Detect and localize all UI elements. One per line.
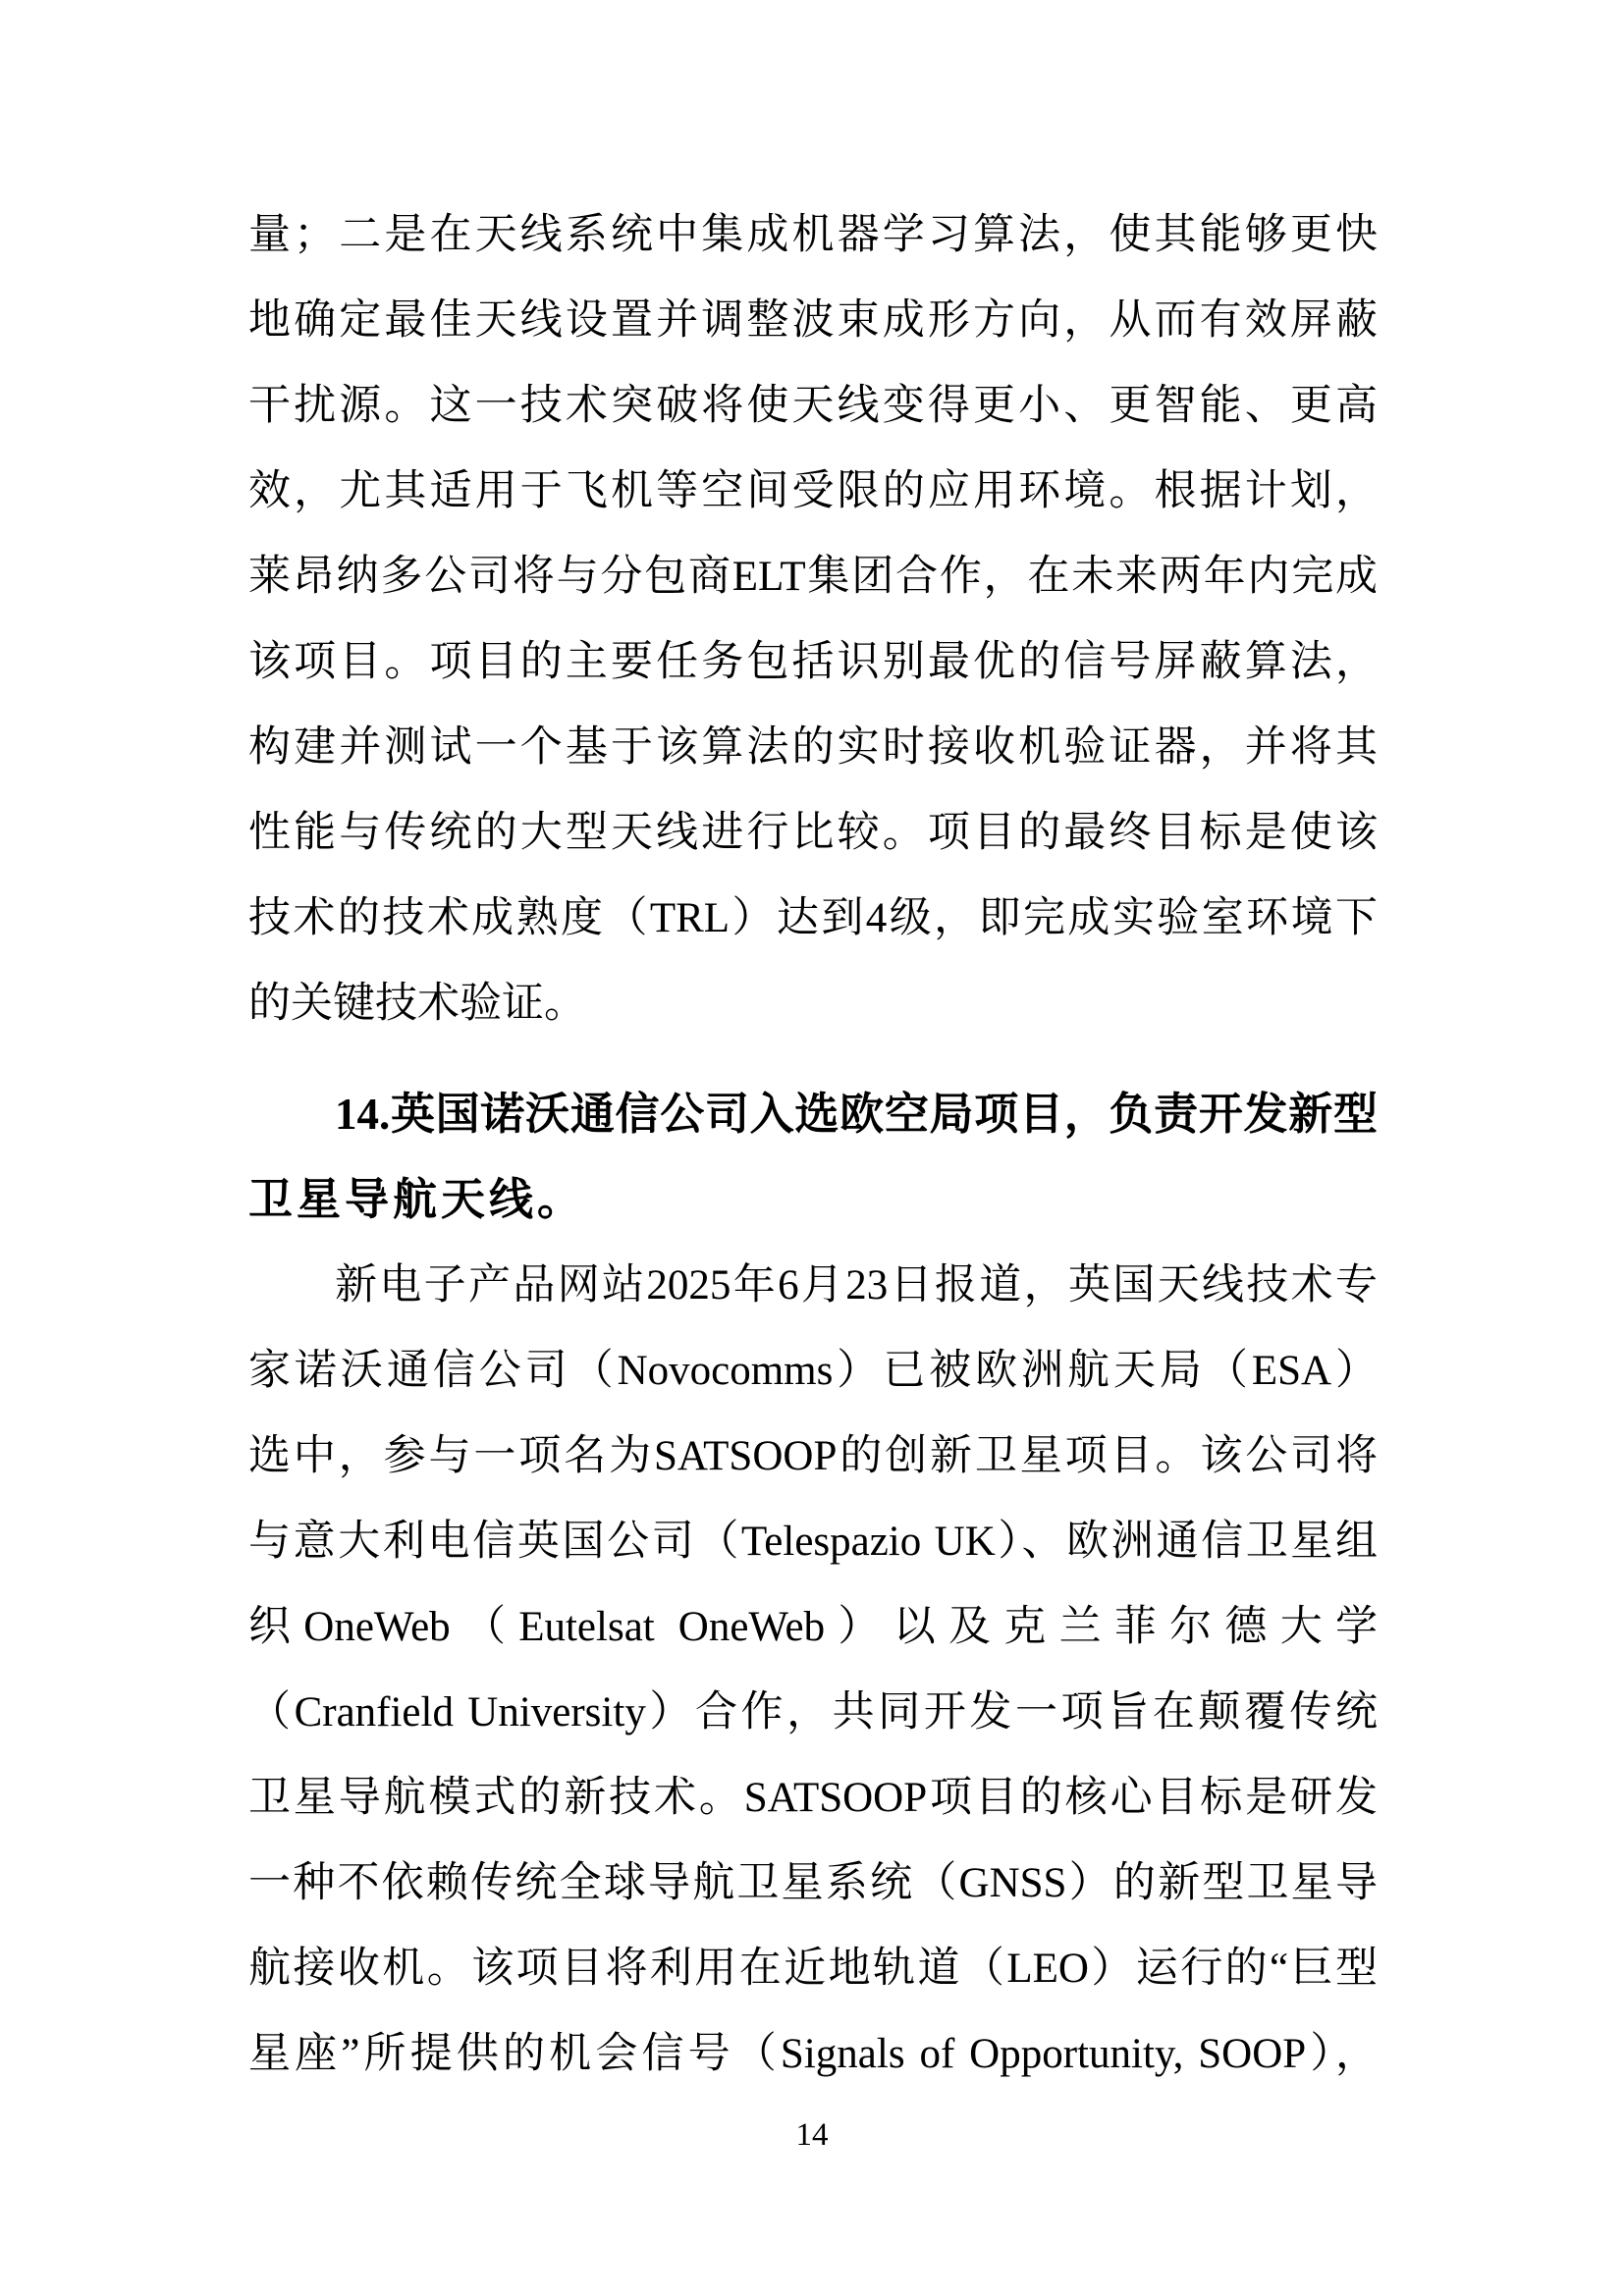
text-line: 量；二是在天线系统中集成机器学习算法，使其能够更快 <box>248 192 1378 278</box>
text-line: 该项目。项目的主要任务包括识别最优的信号屏蔽算法， <box>248 619 1378 705</box>
heading-item-14: 14.英国诺沃通信公司入选欧空局项目，负责开发新型 卫星导航天线。 <box>248 1072 1378 1243</box>
text-line: 卫星导航模式的新技术。SATSOOP项目的核心目标是研发 <box>248 1755 1378 1841</box>
text-line: 性能与传统的大型天线进行比较。项目的最终目标是使该 <box>248 790 1378 876</box>
paragraph-leonardo-elt: 量；二是在天线系统中集成机器学习算法，使其能够更快 地确定最佳天线设置并调整波束… <box>248 192 1378 1046</box>
text-line: （Cranfield University）合作，共同开发一项旨在颠覆传统 <box>248 1670 1378 1755</box>
page-number: 14 <box>796 2117 829 2153</box>
text-line: 干扰源。这一技术突破将使天线变得更小、更智能、更高 <box>248 363 1378 449</box>
text-line: 星座”所提供的机会信号（Signals of Opportunity, SOOP… <box>248 2011 1378 2097</box>
text-line: 家诺沃通信公司（Novocomms）已被欧洲航天局（ESA） <box>248 1328 1378 1414</box>
text-line: 技术的技术成熟度（TRL）达到4级，即完成实验室环境下 <box>248 876 1378 961</box>
text-line: 与意大利电信英国公司（Telespazio UK）、欧洲通信卫星组 <box>248 1499 1378 1584</box>
text-line: 构建并测试一个基于该算法的实时接收机验证器，并将其 <box>248 705 1378 790</box>
text-line: 新电子产品网站2025年6月23日报道，英国天线技术专 <box>248 1243 1378 1328</box>
text-line: 选中，参与一项名为SATSOOP的创新卫星项目。该公司将 <box>248 1414 1378 1499</box>
text-line: 效，尤其适用于飞机等空间受限的应用环境。根据计划， <box>248 449 1378 534</box>
text-line: 航接收机。该项目将利用在近地轨道（LEO）运行的“巨型 <box>248 1926 1378 2011</box>
paragraph-novocomms-satsoop: 新电子产品网站2025年6月23日报道，英国天线技术专 家诺沃通信公司（Novo… <box>248 1243 1378 2097</box>
text-line: 地确定最佳天线设置并调整波束成形方向，从而有效屏蔽 <box>248 278 1378 363</box>
page-footer: 14 <box>0 2106 1624 2164</box>
text-line: 织OneWeb（Eutelsat OneWeb）以及克兰菲尔德大学 <box>248 1584 1378 1670</box>
document-page: 量；二是在天线系统中集成机器学习算法，使其能够更快 地确定最佳天线设置并调整波束… <box>0 0 1624 2296</box>
heading-line: 14.英国诺沃通信公司入选欧空局项目，负责开发新型 <box>248 1072 1378 1157</box>
heading-line: 卫星导航天线。 <box>248 1157 1378 1243</box>
text-line: 的关键技术验证。 <box>248 961 1378 1046</box>
text-line: 一种不依赖传统全球导航卫星系统（GNSS）的新型卫星导 <box>248 1841 1378 1926</box>
text-line: 莱昂纳多公司将与分包商ELT集团合作，在未来两年内完成 <box>248 534 1378 619</box>
page-content: 量；二是在天线系统中集成机器学习算法，使其能够更快 地确定最佳天线设置并调整波束… <box>248 192 1378 2097</box>
